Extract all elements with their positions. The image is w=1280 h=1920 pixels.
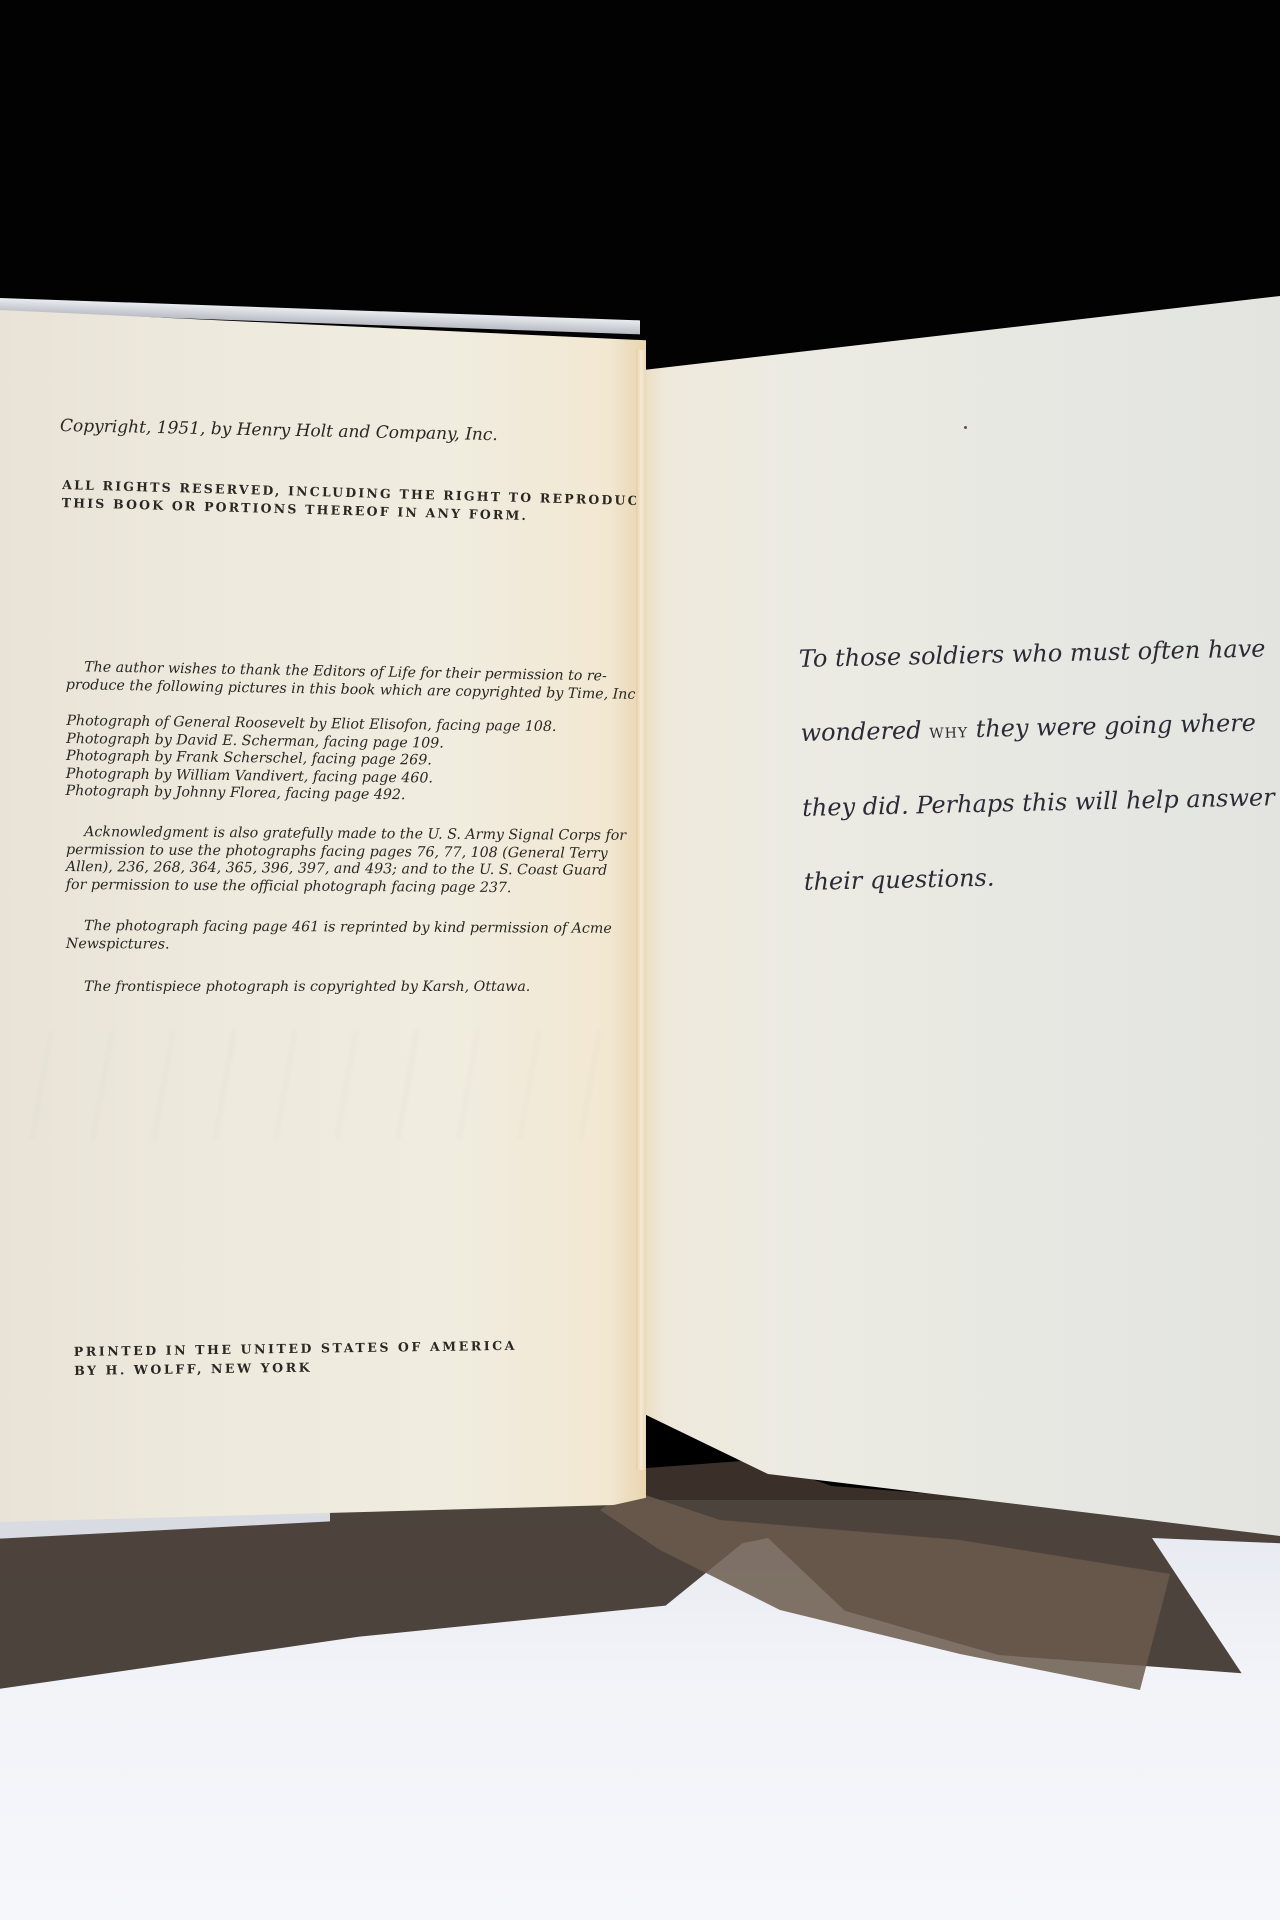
photo-credits-list: Photograph of General Roosevelt by Eliot… (65, 713, 646, 808)
book-gutter (636, 350, 646, 1470)
printer-imprint: PRINTED IN THE UNITED STATES OF AMERICA … (74, 1336, 518, 1380)
paragraph-line: Newspictures. (66, 936, 646, 957)
paper-speck (964, 426, 967, 429)
frontispiece-credit: The frontispiece photograph is copyright… (66, 979, 646, 997)
acme-newspictures-credit: The photograph facing page 461 is reprin… (66, 918, 646, 956)
dedication-fragment: wondered (800, 716, 929, 747)
right-page-dedication (640, 296, 1280, 1536)
dedication-line: their questions. (803, 834, 1277, 919)
dedication-line: To those soldiers who must often have (798, 611, 1272, 696)
army-signal-corps-acknowledgment: Acknowledgment is also gratefully made t… (66, 824, 646, 898)
embossed-signature-impression (20, 1030, 600, 1140)
dedication-text: To those soldiers who must often have wo… (798, 611, 1277, 919)
paragraph-line: The frontispiece photograph is copyright… (66, 979, 646, 997)
dedication-fragment: they were going where (968, 709, 1257, 744)
dedication-emphasis-why: why (929, 718, 968, 743)
dedication-line: wondered why they were going where (800, 685, 1274, 771)
dedication-line: they did. Perhaps this will help answer (801, 760, 1275, 845)
photo-scene: Copyright, 1951, by Henry Holt and Compa… (0, 0, 1280, 1920)
